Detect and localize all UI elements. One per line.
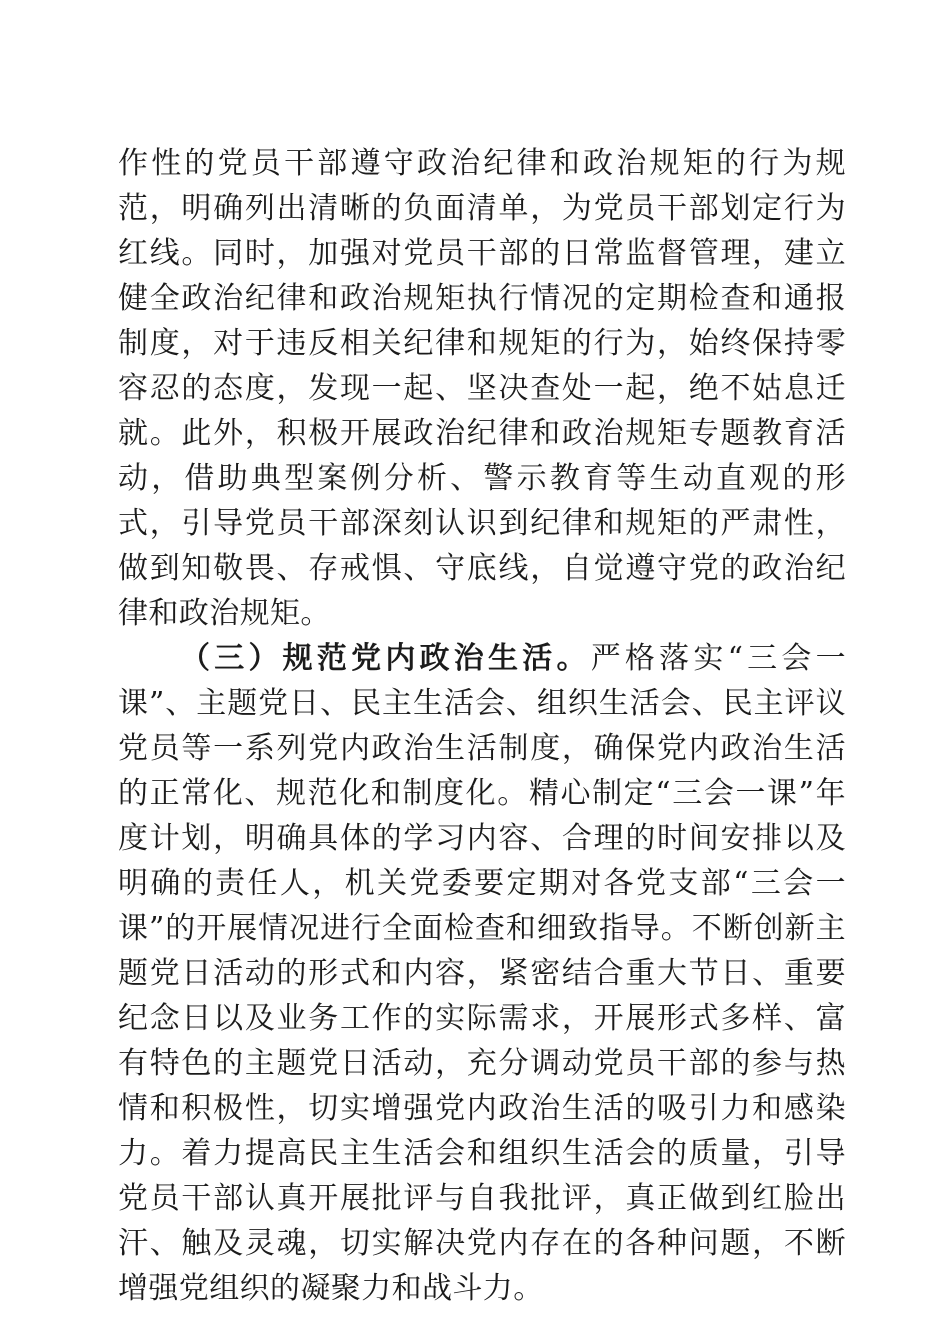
paragraph-section-3: （三）规范党内政治生活。严格落实“三会一课”、主题党日、民主生活会、组织生活会、…	[118, 636, 846, 1311]
document-page: 作性的党员干部遵守政治纪律和政治规矩的行为规范，明确列出清晰的负面清单，为党员干…	[0, 0, 950, 1344]
section-3-heading: （三）规范党内政治生活。	[180, 641, 591, 676]
section-3-body: 严格落实“三会一课”、主题党日、民主生活会、组织生活会、民主评议党员等一系列党内…	[118, 641, 846, 1306]
paragraph-continuation: 作性的党员干部遵守政治纪律和政治规矩的行为规范，明确列出清晰的负面清单，为党员干…	[118, 141, 846, 636]
text-block: 作性的党员干部遵守政治纪律和政治规矩的行为规范，明确列出清晰的负面清单，为党员干…	[118, 141, 846, 1311]
